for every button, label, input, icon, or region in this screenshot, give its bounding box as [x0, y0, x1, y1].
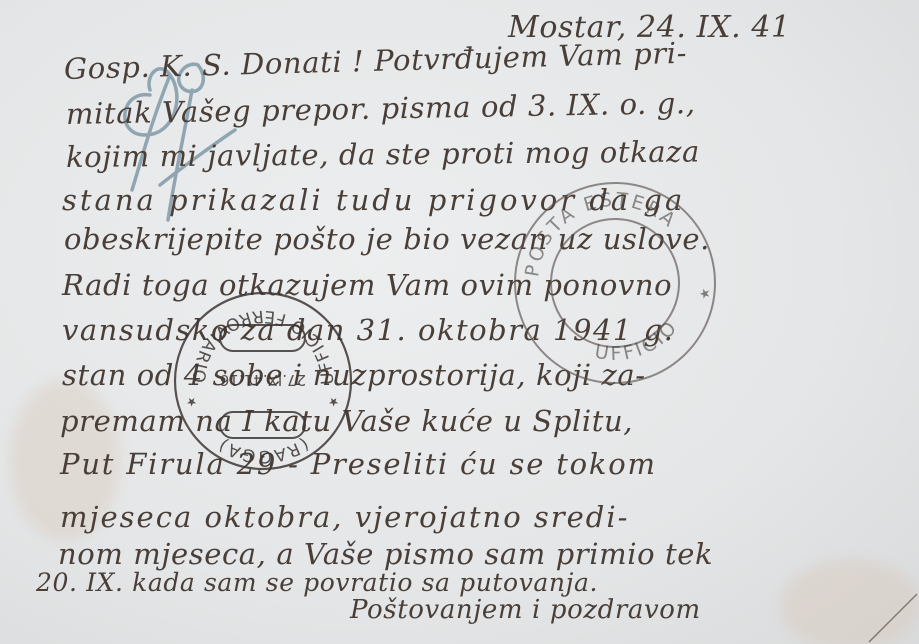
letter-line: Put Firula 29 - Preseliti ću se tokom	[60, 447, 657, 481]
pencil-stroke-icon	[859, 574, 919, 644]
letter-line: 20. IX. kada sam se povratio sa putovanj…	[36, 568, 598, 597]
letter-line: mjeseca oktobra, vjerojatno sredi-	[60, 500, 629, 534]
postmark-left: UFFICIO FERROVIARIO (RAGGA) 27.IX.41.16 …	[170, 288, 355, 473]
postmark-right-top-text: POSTA ESTERA	[503, 165, 686, 285]
letter-line: kojim mi javljate, da ste proti mog otka…	[66, 134, 700, 174]
postmark-left-date: 27.IX.41.16	[220, 371, 306, 389]
svg-text:POSTA ESTERA: POSTA ESTERA	[503, 165, 686, 285]
postcard: Mostar, 24. IX. 41 Gosp. K. S. Donati ! …	[0, 0, 919, 644]
letter-line: nom mjeseca, a Vaše pismo sam primio tek	[58, 537, 713, 571]
svg-text:UFFICIO: UFFICIO	[587, 312, 688, 377]
postmark-right-bottom-text: UFFICIO	[587, 312, 688, 377]
postmark-right: POSTA ESTERA UFFICIO ★	[510, 178, 720, 388]
svg-text:★: ★	[186, 395, 197, 409]
letter-closing: Poštovanjem i pozdravom	[350, 595, 701, 625]
svg-text:★: ★	[697, 285, 713, 303]
svg-text:★: ★	[328, 395, 339, 409]
